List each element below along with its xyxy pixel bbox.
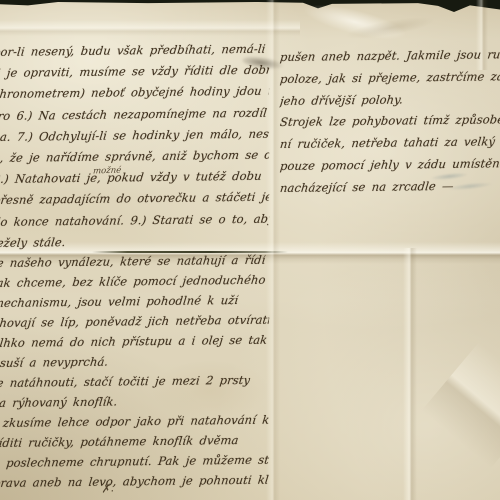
handwritten-line: pouze pomocí jehly v zádu umístěné ano (279, 156, 500, 174)
handwritten-line: ní ručiček, netřeba tahati za velký kno (279, 134, 500, 152)
handwritten-line: do konce natahování. 9.) Starati se o to… (0, 211, 270, 229)
handwritten-line: tro 6.) Na cestách nezapomínejme na rozd… (0, 105, 270, 123)
handwritten-line: mechanismu, jsou velmi pohodlné k uží (0, 293, 239, 311)
handwritten-line: osuší a nevyprchá. (0, 355, 109, 371)
handwritten-line: nacházející se na zrcadle — (279, 179, 454, 196)
handwritten-line: poloze, jak si přejeme, zastrčíme zase k… (279, 69, 500, 87)
handwritten-line: říditi ručičky, potáhneme knoflík dvěma (0, 433, 239, 451)
handwritten-line: je natáhnouti, stačí točiti je mezi 2 pr… (0, 373, 251, 391)
handwritten-line: za rýhovaný knoflík. (0, 394, 118, 411)
paper-stain (150, 360, 270, 420)
letter-photo: možné ✗. por-li nesený, budu však předbí… (0, 0, 500, 500)
handwritten-line: ka. 7.) Odchylují-li se hodinky jen málo… (0, 126, 270, 144)
handwritten-line: pušen aneb nazpět. Jakmile jsou ručič (279, 47, 500, 65)
handwritten-line: ležely stále. (0, 235, 66, 251)
handwritten-line: jeho dřívější polohy. (279, 92, 404, 109)
